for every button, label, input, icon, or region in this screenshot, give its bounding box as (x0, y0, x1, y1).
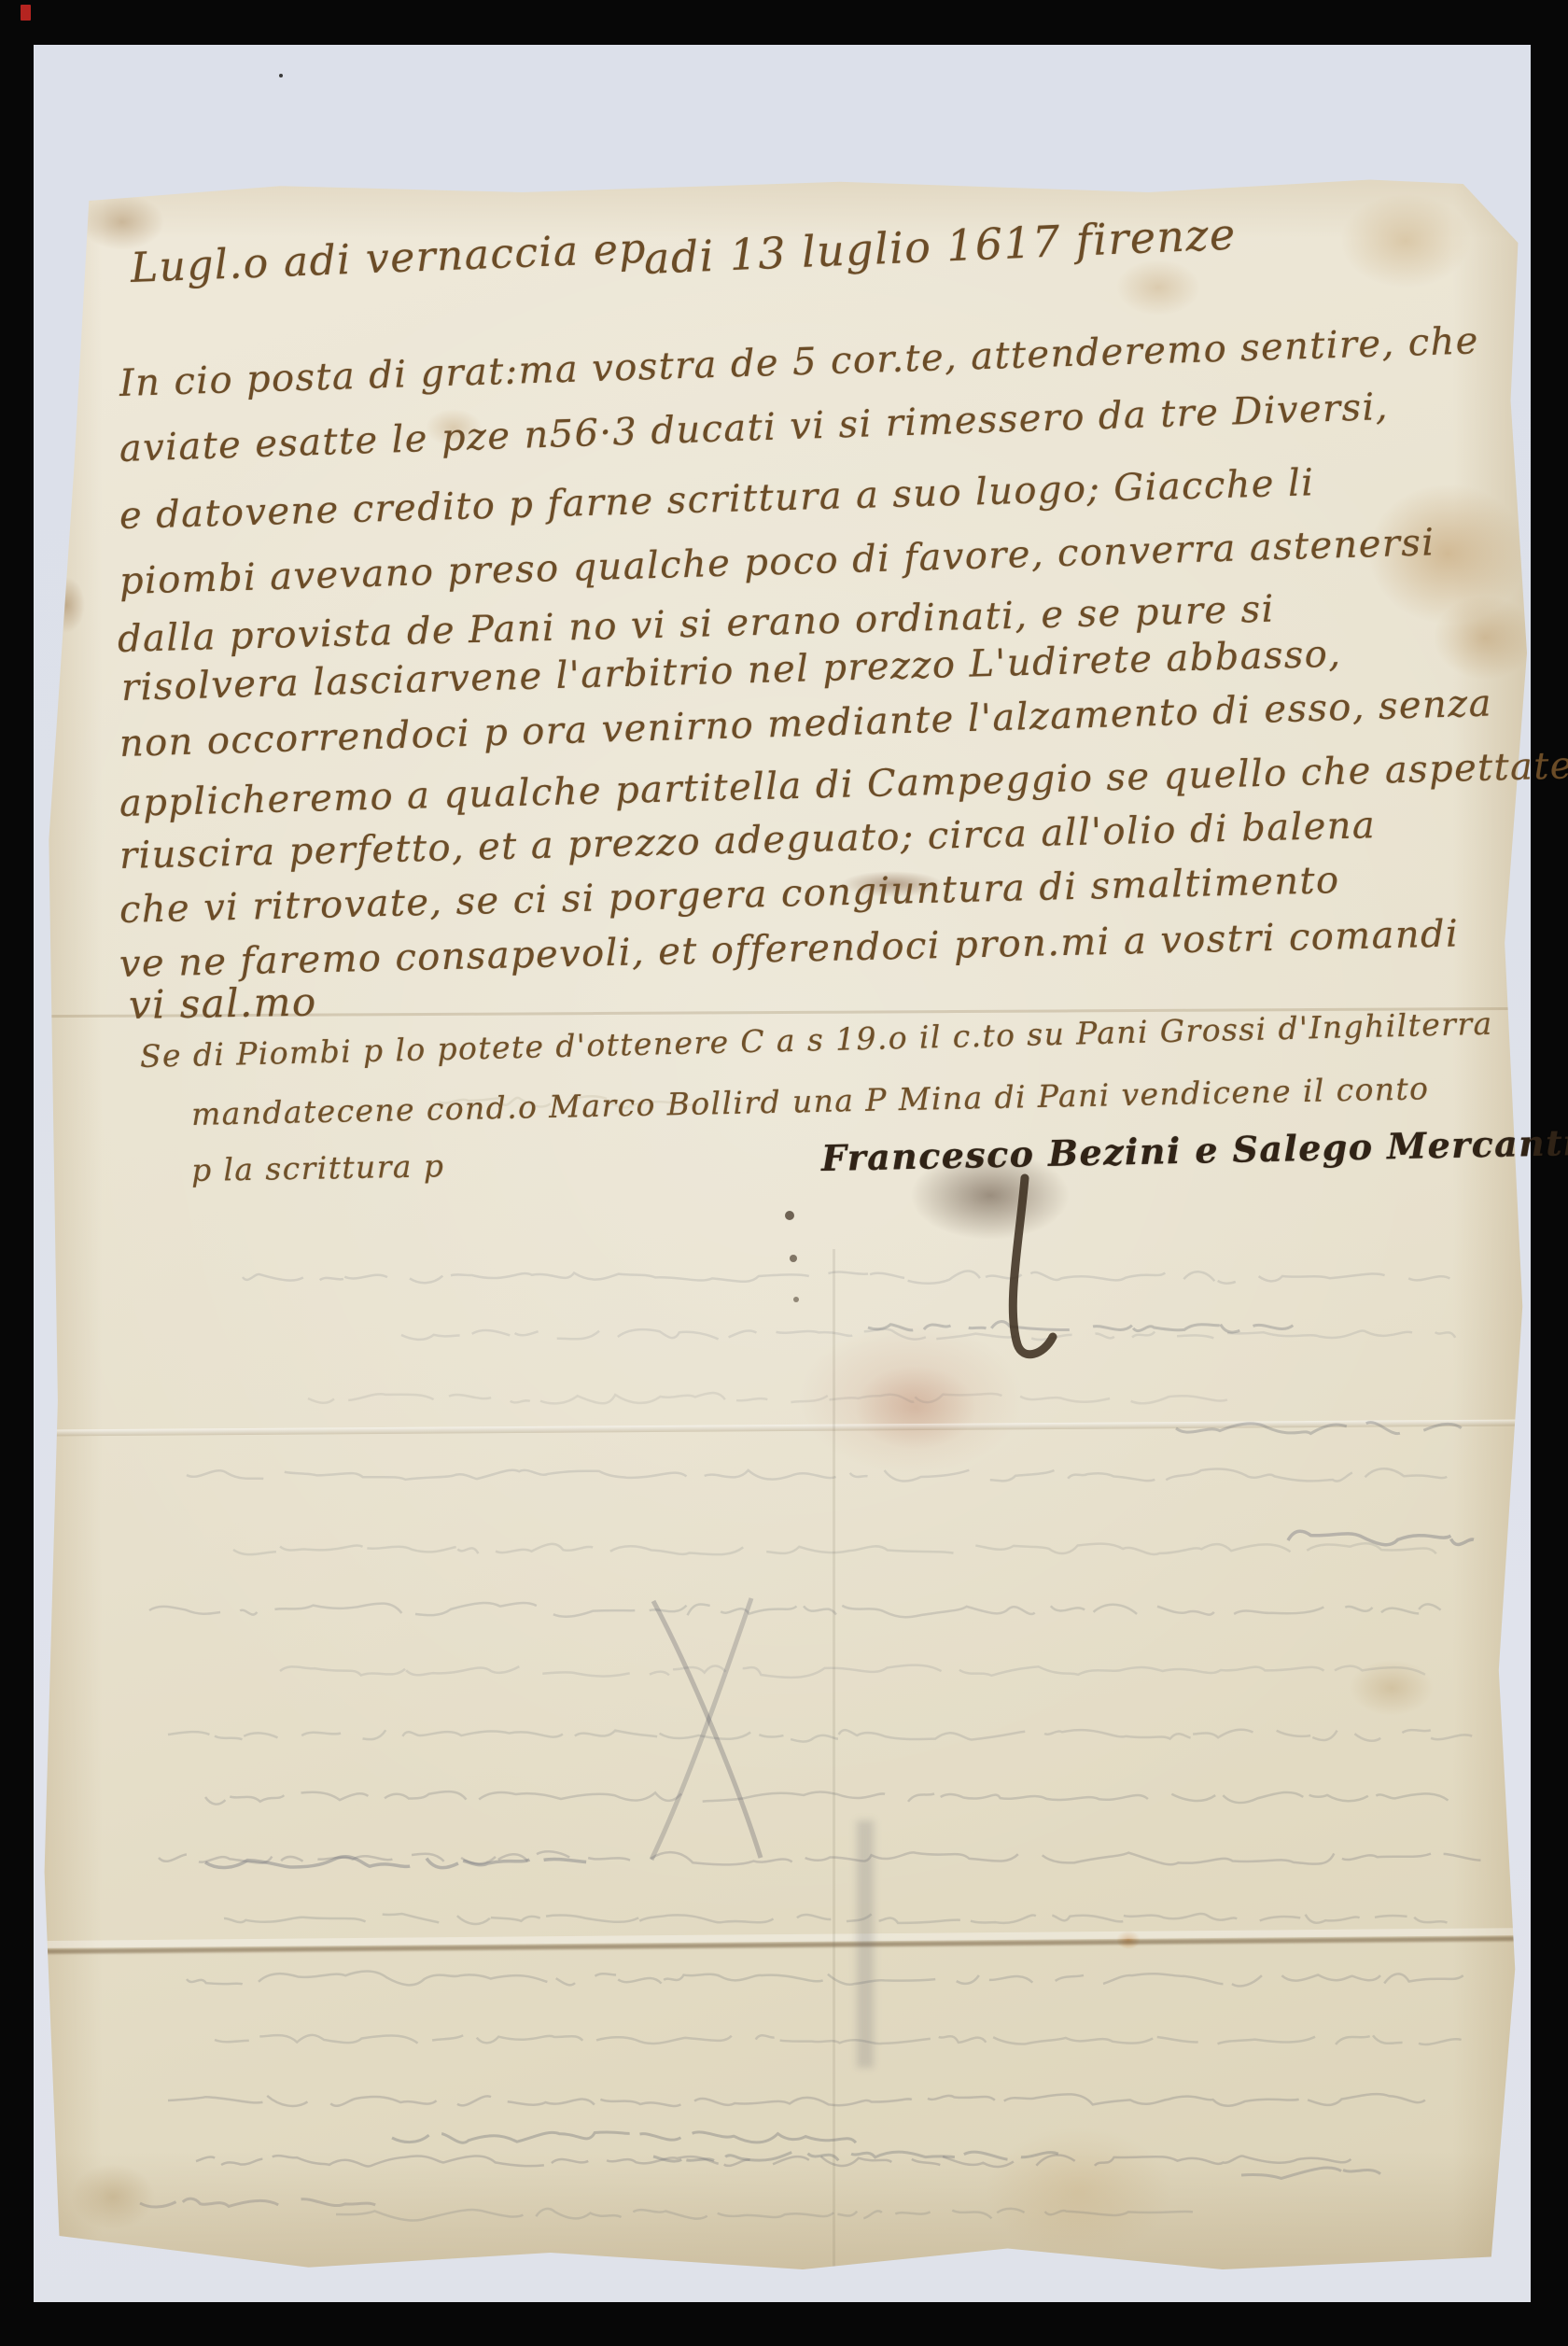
paper-stain (855, 1366, 976, 1450)
paper-stain (1350, 1660, 1434, 1716)
paper-stain (986, 2127, 1172, 2257)
red-edge-mark (21, 5, 31, 21)
fold-crease (43, 1419, 1527, 1436)
fold-crease (43, 1928, 1527, 1948)
fold-crease-vertical (833, 1249, 835, 2267)
paper-stain (1434, 596, 1536, 680)
fold-smudge (857, 1820, 874, 2068)
paper-stain (80, 194, 164, 250)
photographed-manuscript: Lugl.o adi vernaccia ep adi 13 luglio 16… (0, 0, 1568, 2346)
paper-stain (71, 2164, 155, 2229)
closing-flourish: vi sal.mo (129, 978, 317, 1028)
paper-stain (1340, 194, 1471, 288)
postscript-line: p la scrittura p (191, 1147, 445, 1188)
paper-stain (1116, 260, 1200, 316)
paper-stain (1116, 1931, 1141, 1949)
dust-speck (279, 74, 283, 77)
fold-crease (43, 1936, 1527, 1954)
paper-stain (799, 1324, 1023, 1473)
